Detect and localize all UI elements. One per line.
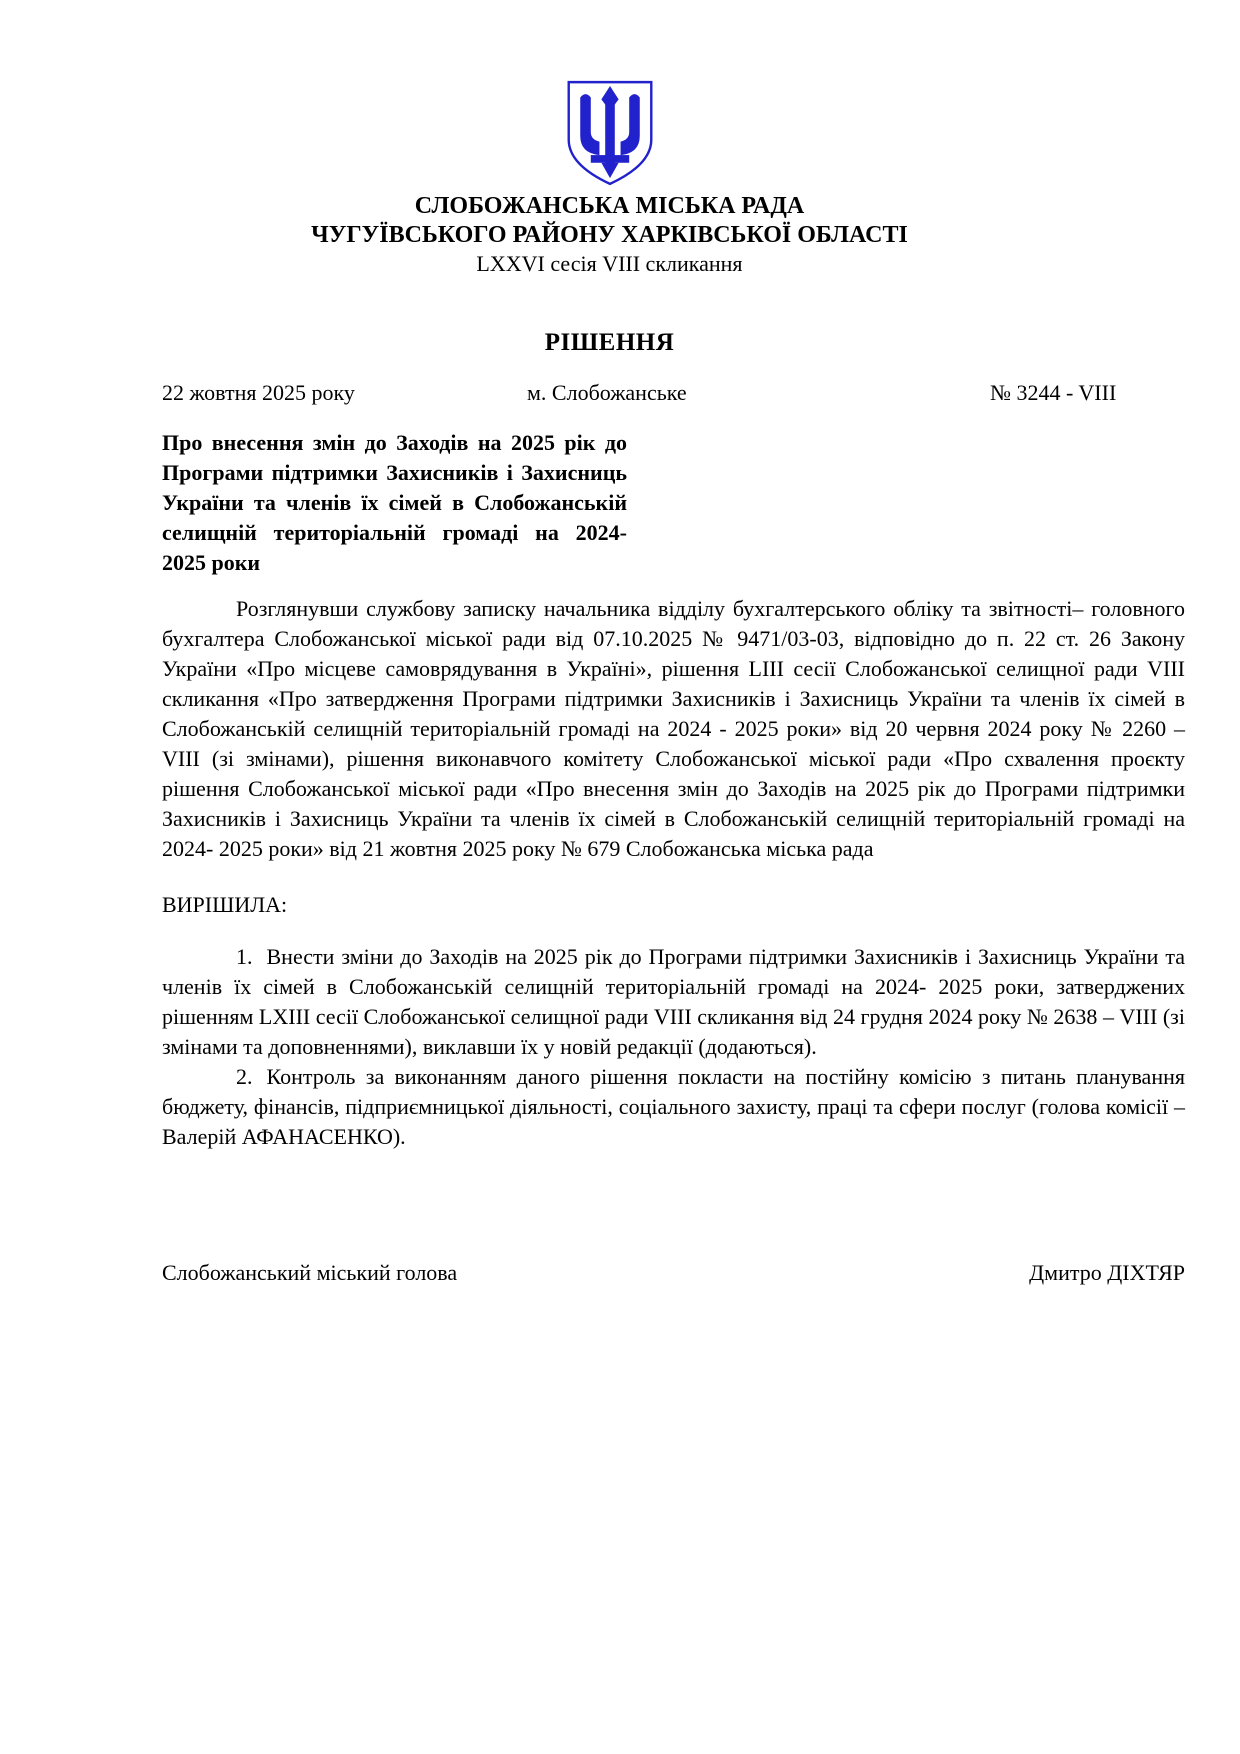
- ukraine-trident-emblem-icon: [562, 78, 658, 188]
- document-subject: Про внесення змін до Заходів на 2025 рік…: [162, 428, 627, 578]
- document-number: № 3244 - VIII: [990, 378, 1116, 408]
- item-number: 2.: [236, 1064, 267, 1089]
- signature-row: Слобожанський міський голова Дмитро ДІХТ…: [162, 1258, 1185, 1288]
- item-text: Контроль за виконанням даного рішення по…: [162, 1064, 1185, 1149]
- document-date: 22 жовтня 2025 року: [162, 378, 355, 408]
- signatory-name: Дмитро ДІХТЯР: [1029, 1258, 1185, 1288]
- document-content: СЛОБОЖАНСЬКА МІСЬКА РАДА ЧУГУЇВСЬКОГО РА…: [162, 0, 1185, 1288]
- resolution-item-2: 2.Контроль за виконанням даного рішення …: [162, 1062, 1185, 1152]
- letterhead: СЛОБОЖАНСЬКА МІСЬКА РАДА ЧУГУЇВСЬКОГО РА…: [162, 78, 1057, 358]
- org-name-line1: СЛОБОЖАНСЬКА МІСЬКА РАДА: [162, 192, 1057, 221]
- signatory-position: Слобожанський міський голова: [162, 1258, 457, 1288]
- date-place-number-row: 22 жовтня 2025 року м. Слобожанське № 32…: [162, 378, 1185, 408]
- item-number: 1.: [236, 944, 267, 969]
- preamble-paragraph: Розглянувши службову записку начальника …: [162, 594, 1185, 864]
- session-line: LXXVI сесія VIII скликання: [162, 250, 1057, 278]
- resolution-item-1: 1.Внести зміни до Заходів на 2025 рік до…: [162, 942, 1185, 1062]
- document-type-title: РІШЕННЯ: [162, 328, 1057, 358]
- org-name-line2: ЧУГУЇВСЬКОГО РАЙОНУ ХАРКІВСЬКОЇ ОБЛАСТІ: [162, 221, 1057, 250]
- document-place: м. Слобожанське: [527, 378, 687, 408]
- item-text: Внести зміни до Заходів на 2025 рік до П…: [162, 944, 1185, 1059]
- resolved-label: ВИРІШИЛА:: [162, 890, 1185, 920]
- document-page: СЛОБОЖАНСЬКА МІСЬКА РАДА ЧУГУЇВСЬКОГО РА…: [0, 0, 1240, 1754]
